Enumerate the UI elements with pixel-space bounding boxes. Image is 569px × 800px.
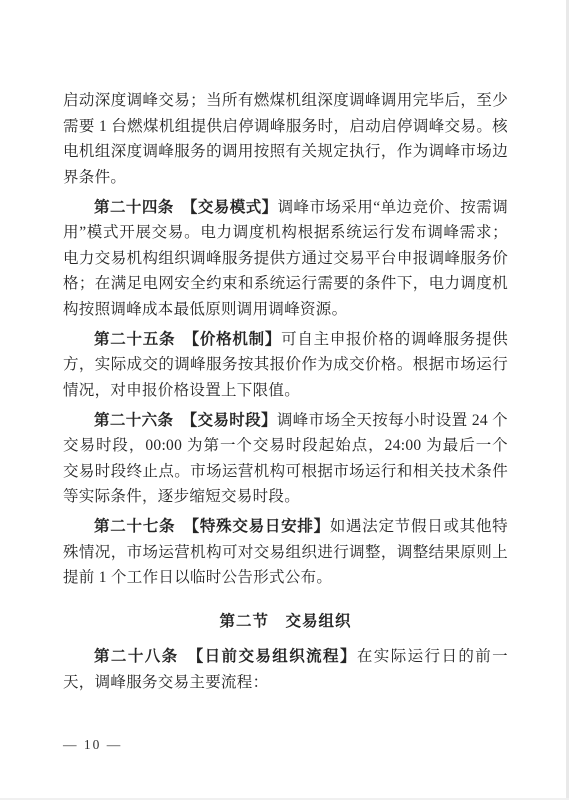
document-page: 启动深度调峰交易；当所有燃煤机组深度调峰调用完毕后，至少需要 1 台燃煤机组提供…	[0, 0, 569, 800]
article-28-heading: 第二十八条 【日前交易组织流程】	[94, 648, 357, 665]
article-27-heading: 第二十七条 【特殊交易日安排】	[94, 518, 330, 535]
document-body: 启动深度调峰交易；当所有燃煤机组深度调峰调用完毕后，至少需要 1 台燃煤机组提供…	[63, 88, 508, 700]
article-24-heading: 第二十四条 【交易模式】	[94, 199, 278, 216]
paragraph-continuation: 启动深度调峰交易；当所有燃煤机组深度调峰调用完毕后，至少需要 1 台燃煤机组提供…	[63, 88, 508, 190]
article-25-heading: 第二十五条 【价格机制】	[94, 331, 281, 348]
article-25-paragraph: 第二十五条 【价格机制】可自主申报价格的调峰服务提供方，实际成交的调峰服务按其报…	[63, 327, 508, 404]
section-heading: 第二节 交易组织	[63, 609, 508, 635]
article-28-paragraph: 第二十八条 【日前交易组织流程】在实际运行日的前一天，调峰服务交易主要流程：	[63, 644, 508, 695]
article-26-heading: 第二十六条 【交易时段】	[94, 412, 277, 429]
paragraph-text: 启动深度调峰交易；当所有燃煤机组深度调峰调用完毕后，至少需要 1 台燃煤机组提供…	[63, 92, 508, 186]
page-number: — 10 —	[63, 737, 122, 753]
article-27-paragraph: 第二十七条 【特殊交易日安排】如遇法定节假日或其他特殊情况，市场运营机构可对交易…	[63, 514, 508, 591]
article-24-paragraph: 第二十四条 【交易模式】调峰市场采用“单边竞价、按需调用”模式开展交易。电力调度…	[63, 195, 508, 323]
article-24-text: 调峰市场采用“单边竞价、按需调用”模式开展交易。电力调度机构根据系统运行发布调峰…	[63, 199, 508, 318]
article-26-paragraph: 第二十六条 【交易时段】调峰市场全天按每小时设置 24 个交易时段，00:00 …	[63, 408, 508, 510]
